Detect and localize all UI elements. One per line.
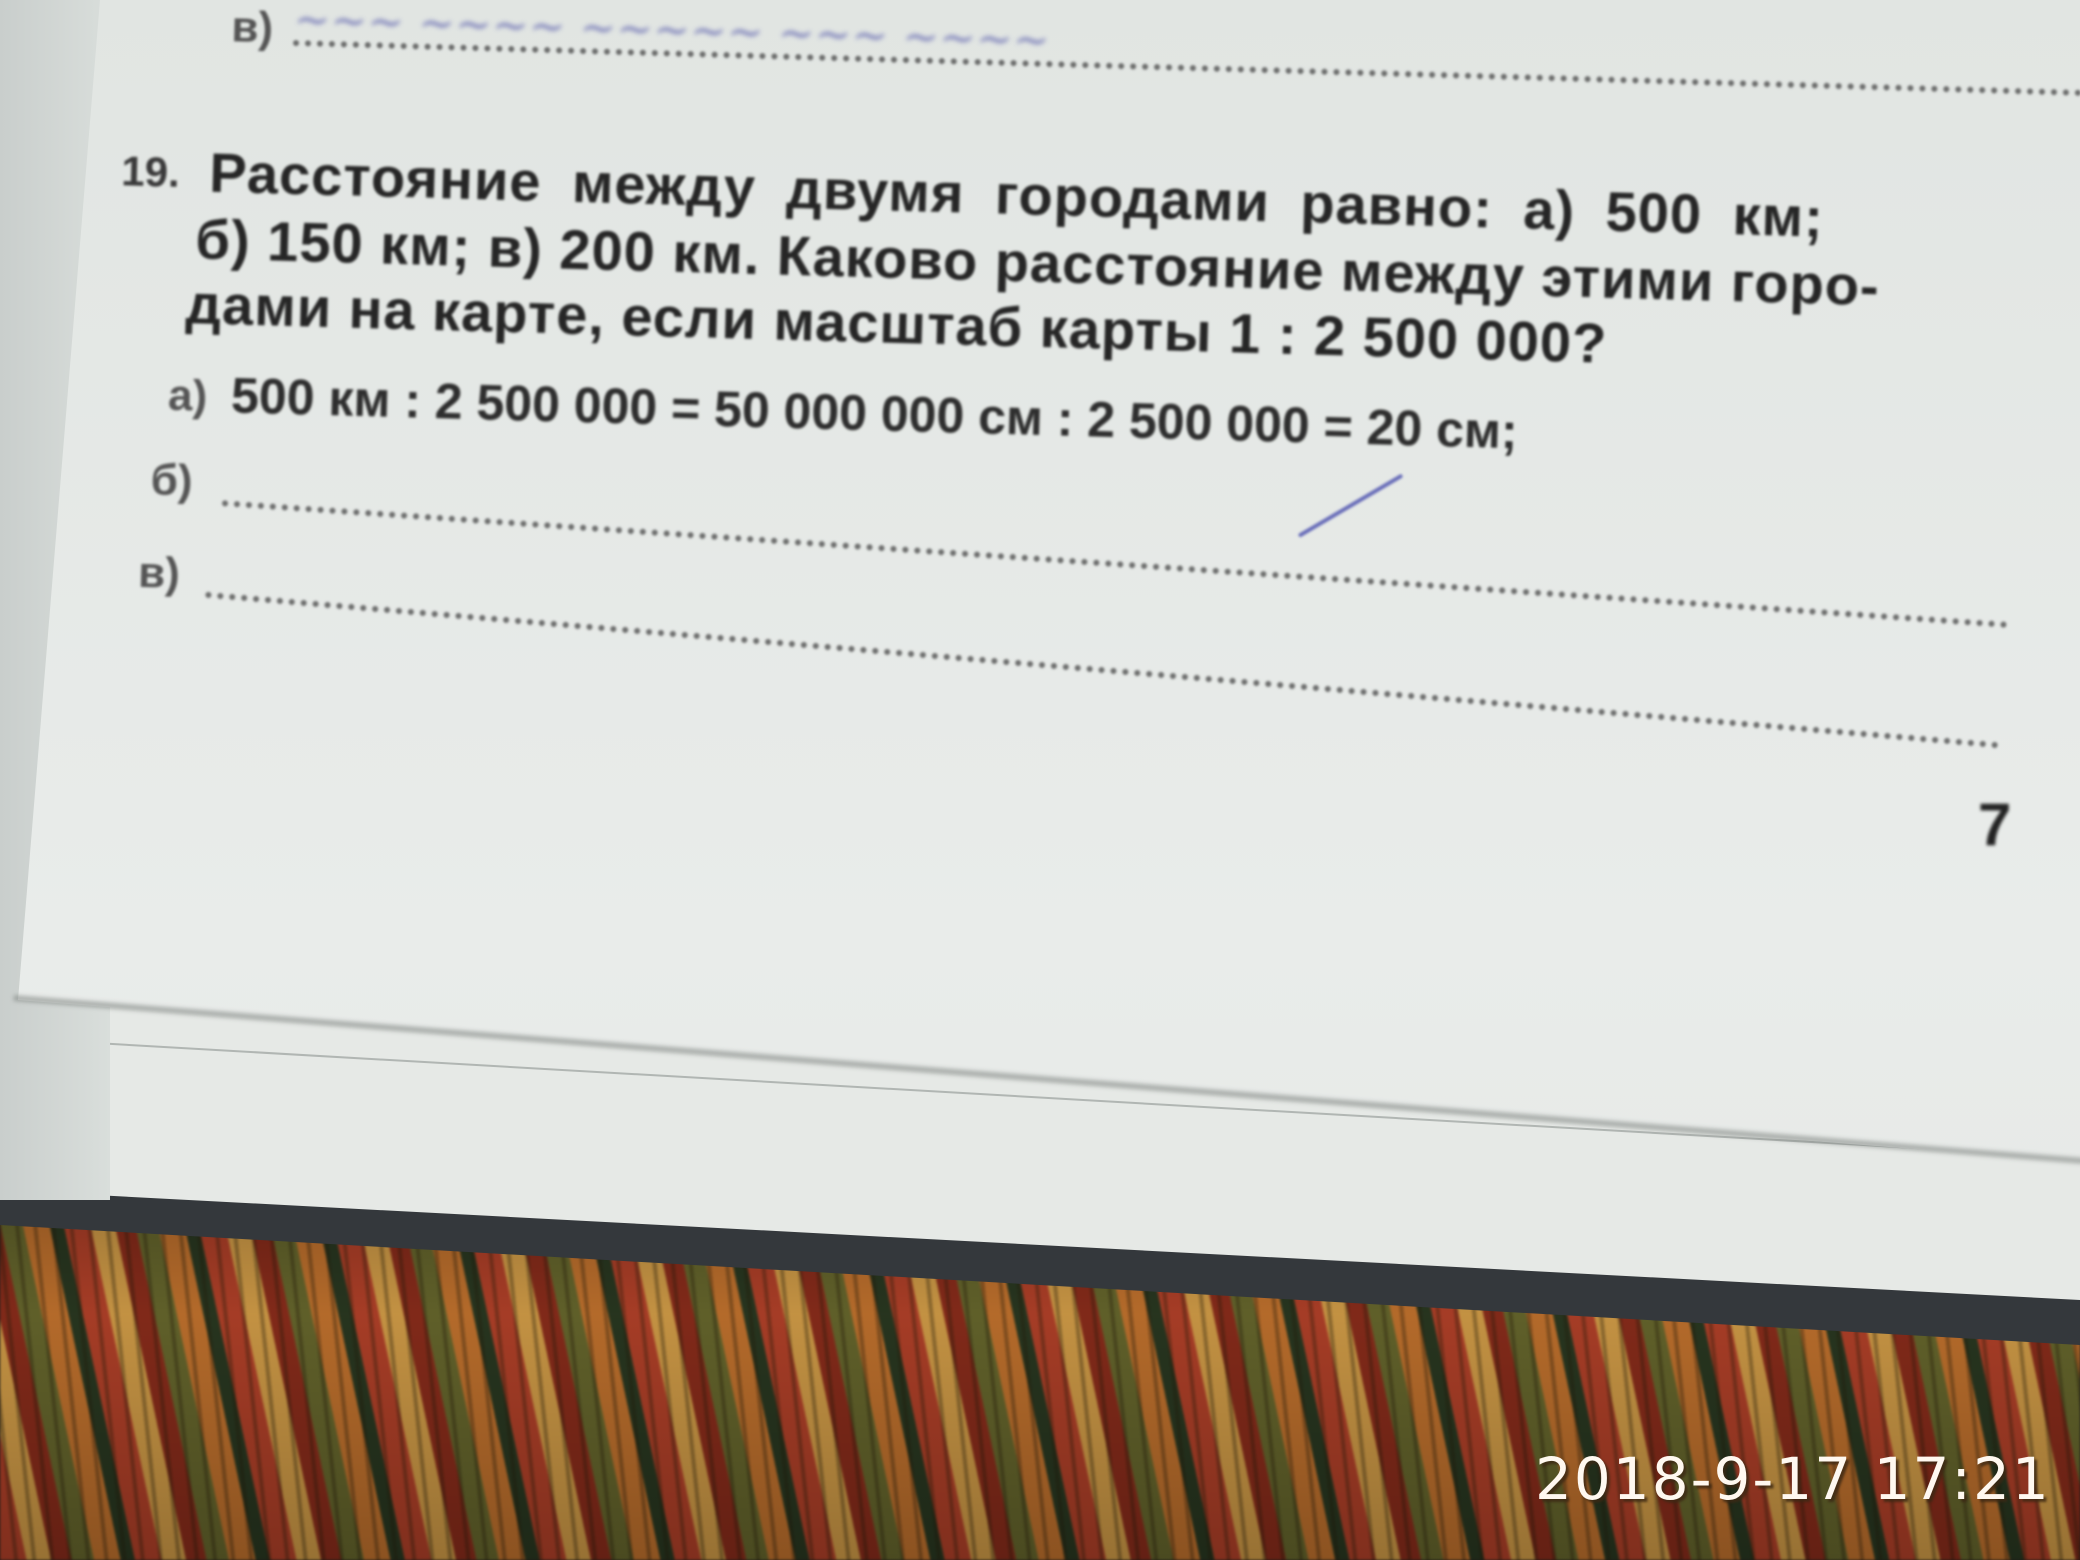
answer-b-line[interactable] bbox=[222, 500, 2008, 628]
answer-v-line[interactable] bbox=[205, 592, 1999, 749]
photo-timestamp: 2018-9-17 17:21 bbox=[1535, 1445, 2051, 1513]
answer-v-label: в) bbox=[137, 548, 180, 599]
prev-item-label: в) bbox=[231, 2, 274, 53]
answer-a-text: 500 км : 2 500 000 = 50 000 000 см : 2 5… bbox=[230, 366, 1518, 460]
page-number: 7 bbox=[1978, 790, 2011, 859]
pen-mark bbox=[1298, 474, 1404, 538]
page-content: в) ~~~ ~~~~ ~~~~~ ~~~ ~~~~ 19. Расстояни… bbox=[0, 0, 2080, 1154]
answer-a-label: а) bbox=[167, 371, 208, 422]
answer-b-label: б) bbox=[150, 455, 193, 506]
problem-number: 19. bbox=[121, 147, 181, 197]
